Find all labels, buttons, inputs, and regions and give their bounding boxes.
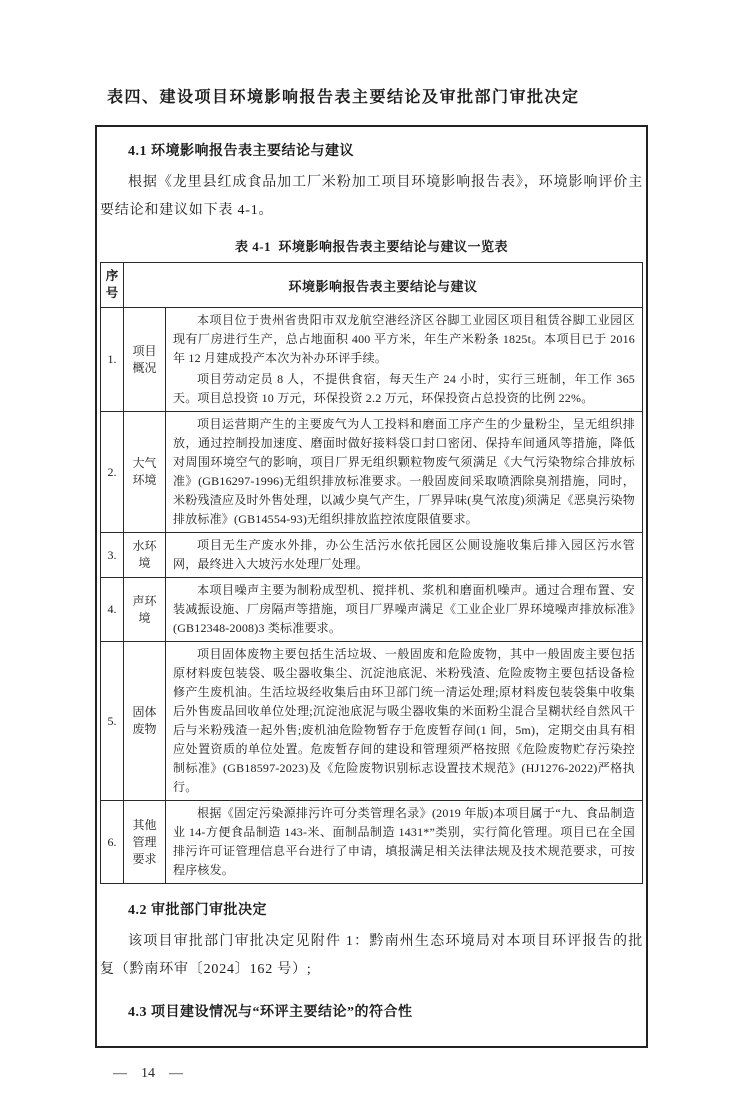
row-number-cell: 1.	[101, 308, 124, 412]
section-4-1-paragraph: 根据《龙里县红成食品加工厂米粉加工项目环境影响报告表》，环境影响评价主要结论和建…	[100, 169, 643, 225]
row-paragraph: 本项目噪声主要为制粉成型机、搅拌机、浆机和磨面机噪声。通过合理布置、安装减振设施…	[173, 581, 635, 638]
header-cell-serial-number: 序号	[101, 263, 124, 308]
row-category-cell: 固体废物	[124, 642, 166, 801]
row-category-cell: 其他管理要求	[124, 801, 166, 884]
table-4-1: 序号 环境影响报告表主要结论与建议 1. 项目概况 本项目位于贵州省贵阳市双龙航…	[100, 262, 643, 884]
row-content-cell: 本项目噪声主要为制粉成型机、搅拌机、浆机和磨面机噪声。通过合理布置、安装减振设施…	[166, 578, 643, 642]
row-number-cell: 6.	[101, 801, 124, 884]
section-4-1-heading: 4.1 环境影响报告表主要结论与建议	[100, 139, 643, 165]
page-number-value: 14	[141, 1066, 155, 1081]
footer-dash-left: —	[113, 1066, 127, 1081]
table-row-project-overview: 1. 项目概况 本项目位于贵州省贵阳市双龙航空港经济区谷脚工业园区项目租赁谷脚工…	[101, 308, 643, 412]
row-content-cell: 根据《固定污染源排污许可分类管理名录》(2019 年版)本项目属于“九、食品制造…	[166, 801, 643, 884]
row-content-cell: 项目运营期产生的主要废气为人工投料和磨面工序产生的少量粉尘，呈无组织排放，通过控…	[166, 412, 643, 533]
row-number-cell: 2.	[101, 412, 124, 533]
row-category-cell: 水环境	[124, 533, 166, 578]
row-number-cell: 4.	[101, 578, 124, 642]
row-category-cell: 声环境	[124, 578, 166, 642]
table-row-water-environment: 3. 水环境 项目无生产废水外排，办公生活污水依托园区公厕设施收集后排入园区污水…	[101, 533, 643, 578]
table-4-1-caption: 表 4-1 环境影响报告表主要结论与建议一览表	[100, 236, 643, 255]
row-number-cell: 3.	[101, 533, 124, 578]
row-paragraph: 项目运营期产生的主要废气为人工投料和磨面工序产生的少量粉尘，呈无组织排放，通过控…	[173, 415, 635, 529]
table-row-air-environment: 2. 大气环境 项目运营期产生的主要废气为人工投料和磨面工序产生的少量粉尘，呈无…	[101, 412, 643, 533]
row-category-cell: 大气环境	[124, 412, 166, 533]
section-4-2-paragraph: 该项目审批部门审批决定见附件 1：黔南州生态环境局对本项目环评报告的批复（黔南环…	[100, 928, 643, 984]
table-header-row: 序号 环境影响报告表主要结论与建议	[101, 263, 643, 308]
row-paragraph: 项目固体废物主要包括生活垃圾、一般固废和危险废物，其中一般固废主要包括原材料废包…	[173, 645, 635, 797]
footer-dash-right: —	[169, 1066, 183, 1081]
section-4-3-heading: 4.3 项目建设情况与“环评主要结论”的符合性	[100, 1000, 643, 1026]
table-row-other-management: 6. 其他管理要求 根据《固定污染源排污许可分类管理名录》(2019 年版)本项…	[101, 801, 643, 884]
row-paragraph: 项目劳动定员 8 人，不提供食宿，每天生产 24 小时，实行三班制，年工作 36…	[173, 370, 635, 408]
row-paragraph: 项目无生产废水外排，办公生活污水依托园区公厕设施收集后排入园区污水管网，最终进入…	[173, 536, 635, 574]
page-number: —14—	[113, 1066, 740, 1082]
row-paragraph: 本项目位于贵州省贵阳市双龙航空港经济区谷脚工业园区项目租赁谷脚工业园区现有厂房进…	[173, 311, 635, 368]
row-content-cell: 项目固体废物主要包括生活垃圾、一般固废和危险废物，其中一般固废主要包括原材料废包…	[166, 642, 643, 801]
section-4-2-heading: 4.2 审批部门审批决定	[100, 898, 643, 924]
content-box: 4.1 环境影响报告表主要结论与建议 根据《龙里县红成食品加工厂米粉加工项目环境…	[95, 125, 648, 1048]
row-number-cell: 5.	[101, 642, 124, 801]
table-row-solid-waste: 5. 固体废物 项目固体废物主要包括生活垃圾、一般固废和危险废物，其中一般固废主…	[101, 642, 643, 801]
row-content-cell: 本项目位于贵州省贵阳市双龙航空港经济区谷脚工业园区项目租赁谷脚工业园区现有厂房进…	[166, 308, 643, 412]
row-content-cell: 项目无生产废水外排，办公生活污水依托园区公厕设施收集后排入园区污水管网，最终进入…	[166, 533, 643, 578]
row-category-cell: 项目概况	[124, 308, 166, 412]
header-cell-conclusions: 环境影响报告表主要结论与建议	[124, 263, 643, 308]
page-title: 表四、建设项目环境影响报告表主要结论及审批部门审批决定	[0, 0, 740, 110]
row-paragraph: 根据《固定污染源排污许可分类管理名录》(2019 年版)本项目属于“九、食品制造…	[173, 804, 635, 880]
table-row-noise-environment: 4. 声环境 本项目噪声主要为制粉成型机、搅拌机、浆机和磨面机噪声。通过合理布置…	[101, 578, 643, 642]
